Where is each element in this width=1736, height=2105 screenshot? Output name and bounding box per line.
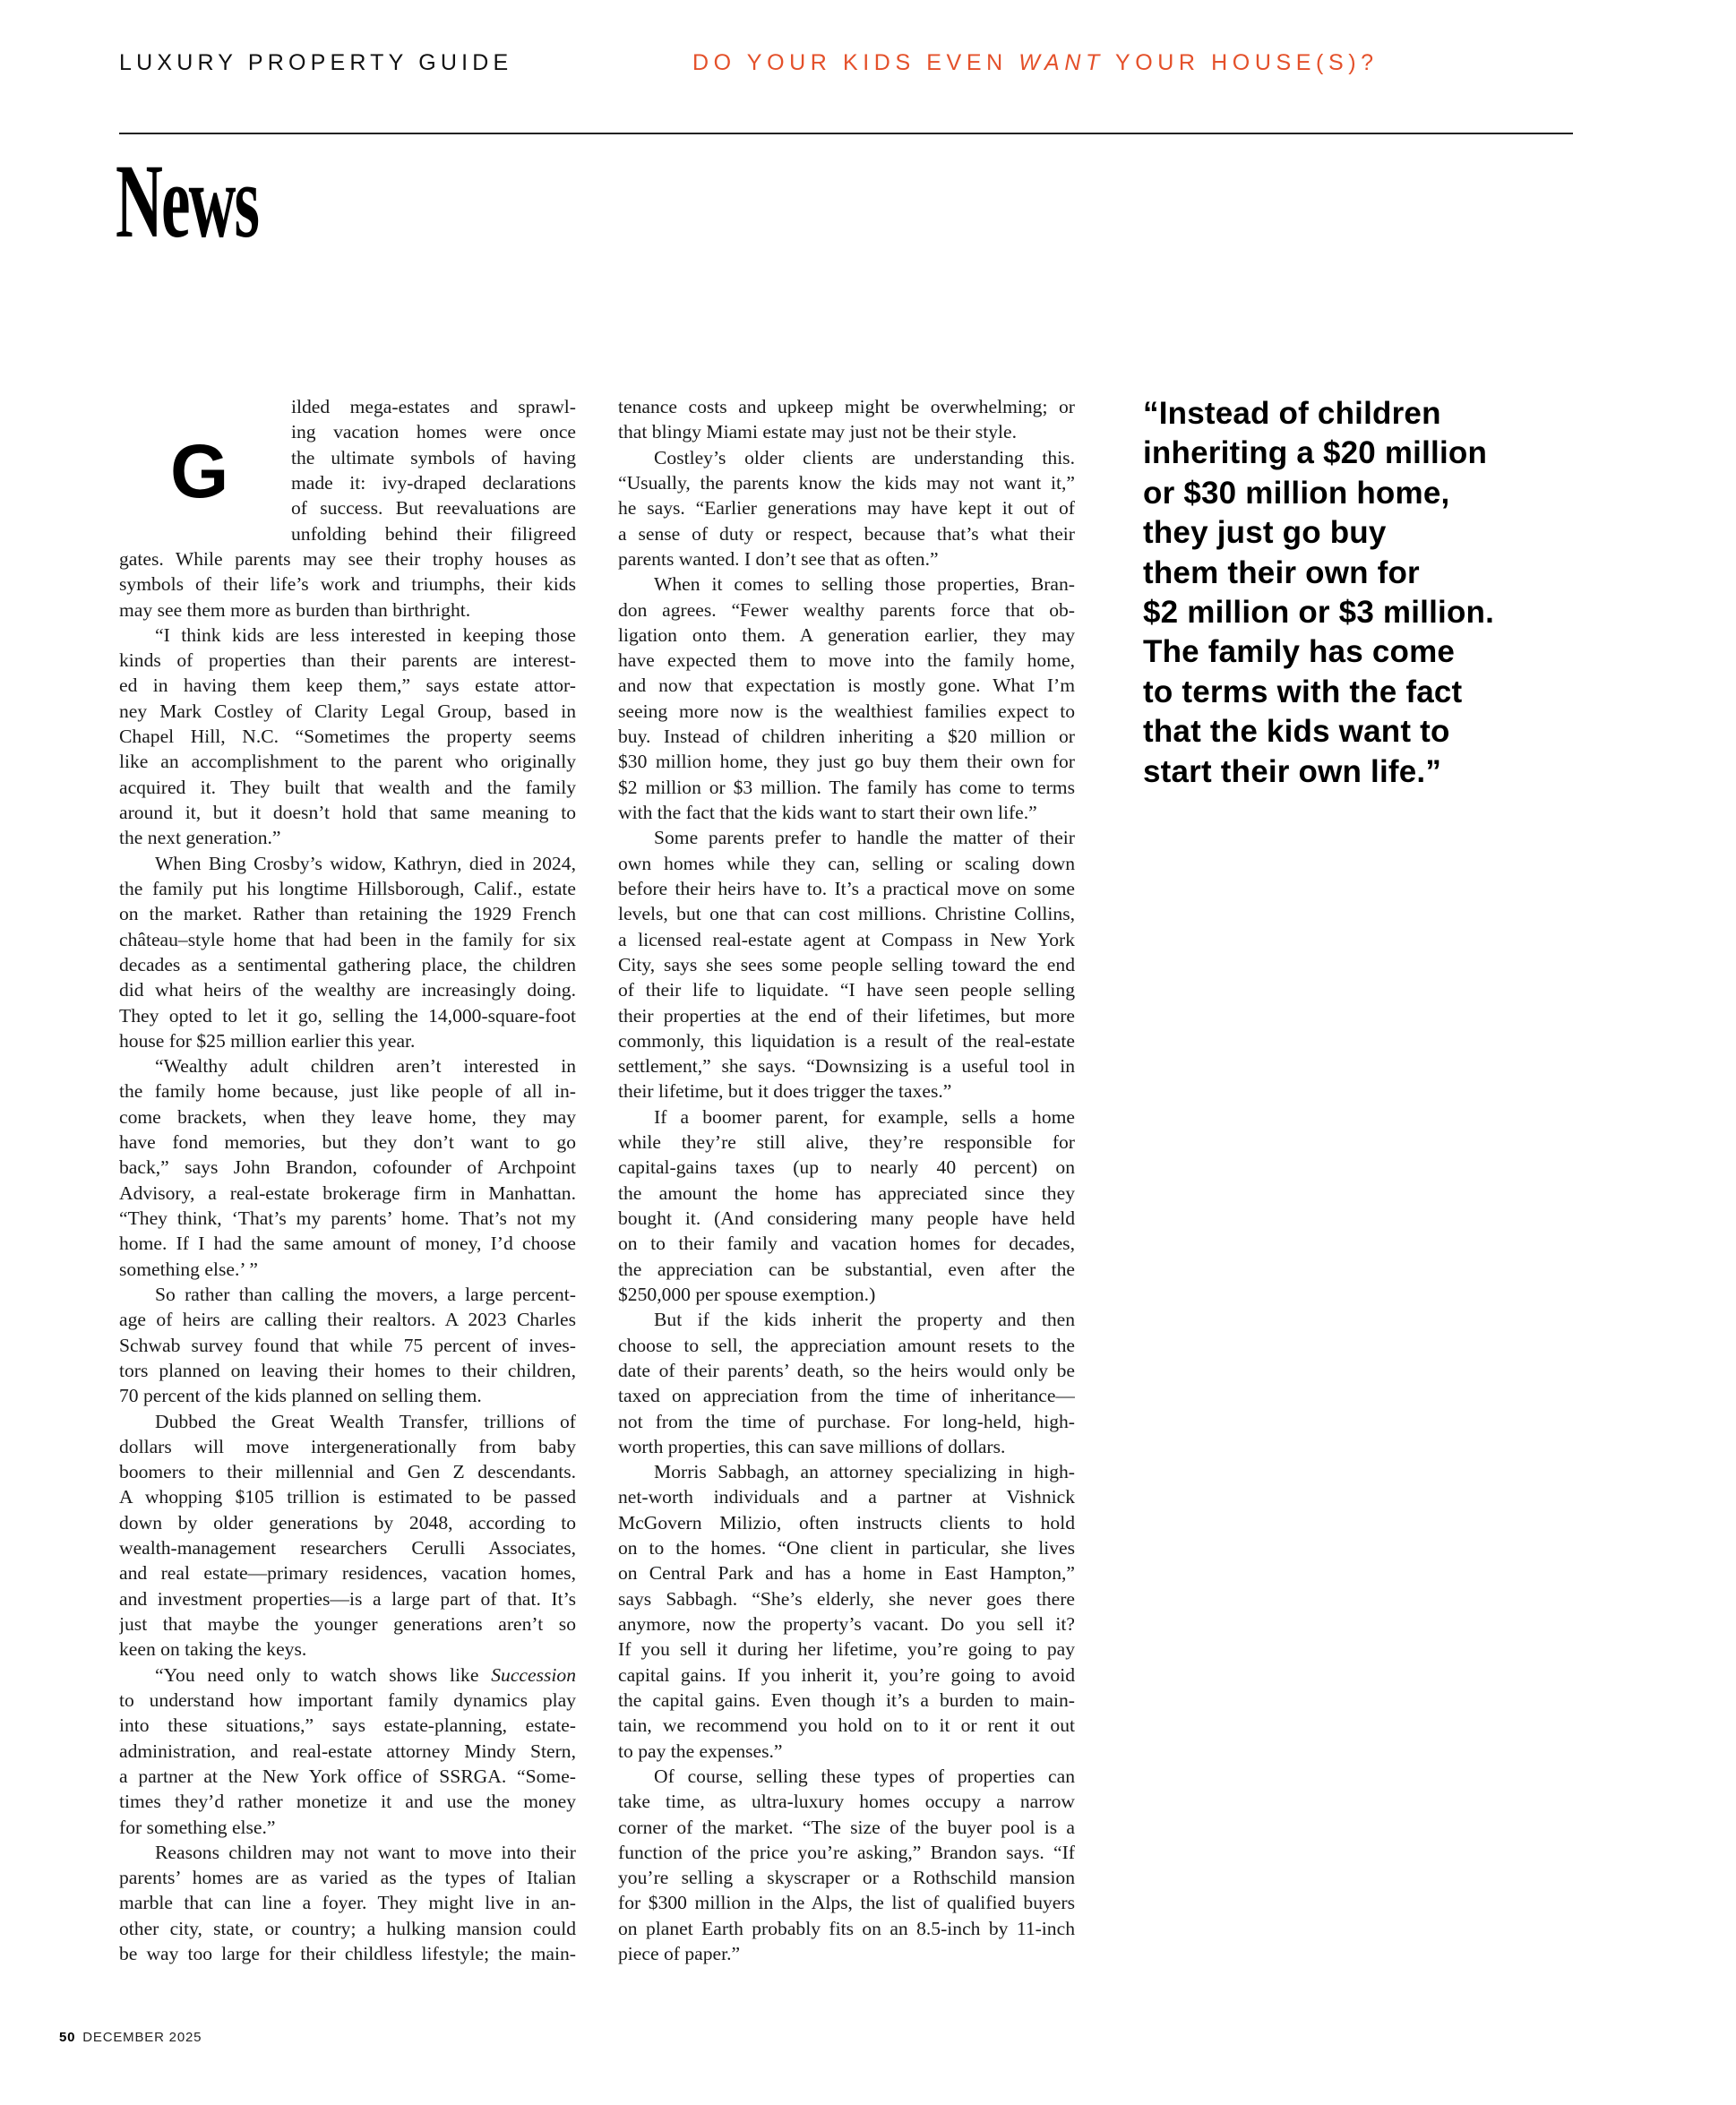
text-line: the family put his longtime Hillsborough… xyxy=(119,876,576,901)
article-title-part: DO YOUR KIDS EVEN xyxy=(692,50,1018,75)
text-line: back,” says John Brandon, cofounder of A… xyxy=(119,1155,576,1180)
text-line: Costley’s older clients are understandin… xyxy=(618,445,1075,470)
running-header: LUXURY PROPERTY GUIDE DO YOUR KIDS EVEN … xyxy=(119,50,512,76)
pull-quote-line: that the kids want to xyxy=(1143,712,1573,752)
text-line: the ultimate symbols of having xyxy=(291,445,576,470)
article-title: DO YOUR KIDS EVEN WANT YOUR HOUSE(S)? xyxy=(692,50,1379,76)
article-column-1: ilded mega-estates and sprawl-ing vacati… xyxy=(119,394,576,1966)
text-line: acquired it. They built that wealth and … xyxy=(119,775,576,800)
text-line: before their heirs have to. It’s a pract… xyxy=(618,876,1075,901)
text-line: “They think, ‘That’s my parents’ home. T… xyxy=(119,1206,576,1231)
text-line: the family home because, just like peopl… xyxy=(119,1078,576,1104)
text-line: anymore, now the property’s vacant. Do y… xyxy=(618,1611,1075,1637)
page-number: 50 xyxy=(59,2030,75,2045)
text-line: Advisory, a real-estate brokerage firm i… xyxy=(119,1181,576,1206)
text-line: for something else.” xyxy=(119,1815,576,1840)
text-line: Reasons children may not want to move in… xyxy=(119,1840,576,1865)
text-line: to pay the expenses.” xyxy=(618,1739,1075,1764)
text-line: like an accomplishment to the parent who… xyxy=(119,749,576,774)
text-line: down by older generations by 2048, accor… xyxy=(119,1510,576,1535)
pull-quote-line: they just go buy xyxy=(1143,513,1573,553)
text-line: ilded mega-estates and sprawl- xyxy=(291,394,576,419)
text-line: corner of the market. “The size of the b… xyxy=(618,1815,1075,1840)
text-line: seeing more now is the wealthiest famili… xyxy=(618,699,1075,724)
text-line: with the fact that the kids want to star… xyxy=(618,800,1075,825)
text-line: have fond memories, but they don’t want … xyxy=(119,1130,576,1155)
pull-quote-line: start their own life.” xyxy=(1143,752,1573,792)
text-line: other city, state, or country; a hulking… xyxy=(119,1916,576,1941)
text-line: If a boomer parent, for example, sells a… xyxy=(618,1104,1075,1130)
text-line: while they’re still alive, they’re respo… xyxy=(618,1130,1075,1155)
text-line: that blingy Miami estate may just not be… xyxy=(618,419,1075,444)
text-line: commonly, this liquidation is a result o… xyxy=(618,1028,1075,1053)
text-line: So rather than calling the movers, a lar… xyxy=(119,1282,576,1307)
text-line: their lifetime, but it does trigger the … xyxy=(618,1078,1075,1104)
text-line: “Usually, the parents know the kids may … xyxy=(618,470,1075,495)
text-line: buy. Instead of children inheriting a $2… xyxy=(618,724,1075,749)
text-line: $30 million home, they just go buy them … xyxy=(618,749,1075,774)
text-line: 70 percent of the kids planned on sellin… xyxy=(119,1383,576,1408)
text-line: McGovern Milizio, often instructs client… xyxy=(618,1510,1075,1535)
text-line: on the market. Rather than retaining the… xyxy=(119,901,576,926)
text-line: and now that expectation is mostly gone.… xyxy=(618,673,1075,698)
text-line: you’re selling a skyscraper or a Rothsch… xyxy=(618,1865,1075,1890)
text-line: of their life to liquidate. “I have seen… xyxy=(618,977,1075,1002)
text-line: for $300 million in the Alps, the list o… xyxy=(618,1890,1075,1915)
text-line: and investment properties—is a large par… xyxy=(119,1586,576,1611)
text-line: dollars will move intergenerationally fr… xyxy=(119,1434,576,1459)
text-line: ney Mark Costley of Clarity Legal Group,… xyxy=(119,699,576,724)
text-line: he says. “Earlier generations may have k… xyxy=(618,495,1075,520)
text-line: capital-gains taxes (up to nearly 40 per… xyxy=(618,1155,1075,1180)
text-line: levels, but one that can cost millions. … xyxy=(618,901,1075,926)
text-line: But if the kids inherit the property and… xyxy=(618,1307,1075,1332)
text-line: be way too large for their childless lif… xyxy=(119,1941,576,1966)
text-line: symbols of their life’s work and triumph… xyxy=(119,571,576,597)
pull-quote-line: $2 million or $3 million. xyxy=(1143,593,1573,632)
text-line: own homes while they can, selling or sca… xyxy=(618,851,1075,876)
text-line: into these situations,” says estate-plan… xyxy=(119,1713,576,1738)
text-line: marble that can line a foyer. They might… xyxy=(119,1890,576,1915)
text-line: Chapel Hill, N.C. “Sometimes the propert… xyxy=(119,724,576,749)
text-line: tors planned on leaving their homes to t… xyxy=(119,1358,576,1383)
pull-quote-line: inheriting a $20 million xyxy=(1143,434,1573,473)
text-line: tain, we recommend you hold on to it or … xyxy=(618,1713,1075,1738)
text-line: taxed on appreciation from the time of i… xyxy=(618,1383,1075,1408)
text-line: When Bing Crosby’s widow, Kathryn, died … xyxy=(119,851,576,876)
department-title: News xyxy=(116,149,258,254)
text-line: ing vacation homes were once xyxy=(291,419,576,444)
article-column-2: tenance costs and upkeep might be overwh… xyxy=(618,394,1075,1966)
text-line: to understand how important family dynam… xyxy=(119,1688,576,1713)
pull-quote-line: or $30 million home, xyxy=(1143,474,1573,513)
text-line: says Sabbagh. “She’s elderly, she never … xyxy=(618,1586,1075,1611)
text-line: settlement,” she says. “Downsizing is a … xyxy=(618,1053,1075,1078)
pull-quote-line: “Instead of children xyxy=(1143,394,1573,434)
text-line: “You need only to watch shows like Succe… xyxy=(119,1663,576,1688)
text-line: a partner at the New York office of SSRG… xyxy=(119,1764,576,1789)
text-line: a licensed real-estate agent at Compass … xyxy=(618,927,1075,952)
text-line: ligation onto them. A generation earlier… xyxy=(618,623,1075,648)
text-line: home. If I had the same amount of money,… xyxy=(119,1231,576,1256)
text-line: don agrees. “Fewer wealthy parents force… xyxy=(618,597,1075,623)
text-line: They opted to let it go, selling the 14,… xyxy=(119,1003,576,1028)
text-line: on Central Park and has a home in East H… xyxy=(618,1560,1075,1585)
pull-quote-line: to terms with the fact xyxy=(1143,673,1573,712)
text-line: house for $25 million earlier this year. xyxy=(119,1028,576,1053)
header-divider xyxy=(119,133,1573,134)
text-line: net-worth individuals and a partner at V… xyxy=(618,1484,1075,1509)
text-line: did what heirs of the wealthy are increa… xyxy=(119,977,576,1002)
text-line: the capital gains. Even though it’s a bu… xyxy=(618,1688,1075,1713)
article-title-emphasis: WANT xyxy=(1018,50,1104,75)
text-line: the appreciation can be substantial, eve… xyxy=(618,1257,1075,1282)
text-line: When it comes to selling those propertie… xyxy=(618,571,1075,597)
text-line: Of course, selling these types of proper… xyxy=(618,1764,1075,1789)
text-line: $250,000 per spouse exemption.) xyxy=(618,1282,1075,1307)
article-title-part: YOUR HOUSE(S)? xyxy=(1104,50,1379,75)
section-label: LUXURY PROPERTY GUIDE xyxy=(119,50,512,75)
text-line: Dubbed the Great Wealth Transfer, trilli… xyxy=(119,1409,576,1434)
text-line: of success. But reevaluations are xyxy=(291,495,576,520)
pull-quote-line: them their own for xyxy=(1143,554,1573,593)
text-line: times they’d rather monetize it and use … xyxy=(119,1789,576,1814)
text-line: parents’ homes are as varied as the type… xyxy=(119,1865,576,1890)
text-line: and real estate—primary residences, vaca… xyxy=(119,1560,576,1585)
text-line: kinds of properties than their parents a… xyxy=(119,648,576,673)
text-line: piece of paper.” xyxy=(618,1941,1075,1966)
text-line: unfolding behind their filigreed xyxy=(291,521,576,546)
text-line: keen on taking the keys. xyxy=(119,1637,576,1662)
text-line: their properties at the end of their lif… xyxy=(618,1003,1075,1028)
text-line: have expected them to move into the fami… xyxy=(618,648,1075,673)
text-line: take time, as ultra-luxury homes occupy … xyxy=(618,1789,1075,1814)
text-line: “I think kids are less interested in kee… xyxy=(119,623,576,648)
text-line: tenance costs and upkeep might be overwh… xyxy=(618,394,1075,419)
text-line: parents wanted. I don’t see that as ofte… xyxy=(618,546,1075,571)
text-line: on to their family and vacation homes fo… xyxy=(618,1231,1075,1256)
text-line: come brackets, when they leave home, the… xyxy=(119,1104,576,1130)
text-line: If you sell it during her lifetime, you’… xyxy=(618,1637,1075,1662)
text-line: capital gains. If you inherit it, you’re… xyxy=(618,1663,1075,1688)
text-line: decades as a sentimental gathering place… xyxy=(119,952,576,977)
text-line: age of heirs are calling their realtors.… xyxy=(119,1307,576,1332)
text-line: gates. While parents may see their troph… xyxy=(119,546,576,571)
text-line: Some parents prefer to handle the matter… xyxy=(618,825,1075,850)
text-line: just that maybe the younger generations … xyxy=(119,1611,576,1637)
text-line: ed in having them keep them,” says estat… xyxy=(119,673,576,698)
text-line: “Wealthy adult children aren’t intereste… xyxy=(119,1053,576,1078)
text-line: may see them more as burden than birthri… xyxy=(119,597,576,623)
text-line: château–style home that had been in the … xyxy=(119,927,576,952)
text-line: date of their parents’ death, so the hei… xyxy=(618,1358,1075,1383)
text-line: Morris Sabbagh, an attorney specializing… xyxy=(618,1459,1075,1484)
text-line: made it: ivy-draped declarations xyxy=(291,470,576,495)
italic-title: Succession xyxy=(491,1664,576,1686)
text-line: worth properties, this can save millions… xyxy=(618,1434,1075,1459)
text-line: choose to sell, the appreciation amount … xyxy=(618,1333,1075,1358)
text-line: on to the homes. “One client in particul… xyxy=(618,1535,1075,1560)
text-line: around it, but it doesn’t hold that same… xyxy=(119,800,576,825)
issue-date: DECEMBER 2025 xyxy=(82,2030,202,2045)
text-line: bought it. (And considering many people … xyxy=(618,1206,1075,1231)
text-line: Schwab survey found that while 75 percen… xyxy=(119,1333,576,1358)
text-line: A whopping $105 trillion is estimated to… xyxy=(119,1484,576,1509)
pull-quote-line: The family has come xyxy=(1143,632,1573,672)
text-line: $2 million or $3 million. The family has… xyxy=(618,775,1075,800)
page-footer: 50DECEMBER 2025 xyxy=(59,2030,202,2045)
text-line: something else.’ ” xyxy=(119,1257,576,1282)
pull-quote: “Instead of childreninheriting a $20 mil… xyxy=(1143,394,1573,792)
text-line: a sense of duty or respect, because that… xyxy=(618,521,1075,546)
text-line: administration, and real-estate attorney… xyxy=(119,1739,576,1764)
text-line: wealth-management researchers Cerulli As… xyxy=(119,1535,576,1560)
text-line: boomers to their millennial and Gen Z de… xyxy=(119,1459,576,1484)
text-line: function of the price you’re asking,” Br… xyxy=(618,1840,1075,1865)
text-line: City, says she sees some people selling … xyxy=(618,952,1075,977)
text-line: on planet Earth probably fits on an 8.5-… xyxy=(618,1916,1075,1941)
text-line: not from the time of purchase. For long-… xyxy=(618,1409,1075,1434)
text-line: the next generation.” xyxy=(119,825,576,850)
text-line: the amount the home has appreciated sinc… xyxy=(618,1181,1075,1206)
